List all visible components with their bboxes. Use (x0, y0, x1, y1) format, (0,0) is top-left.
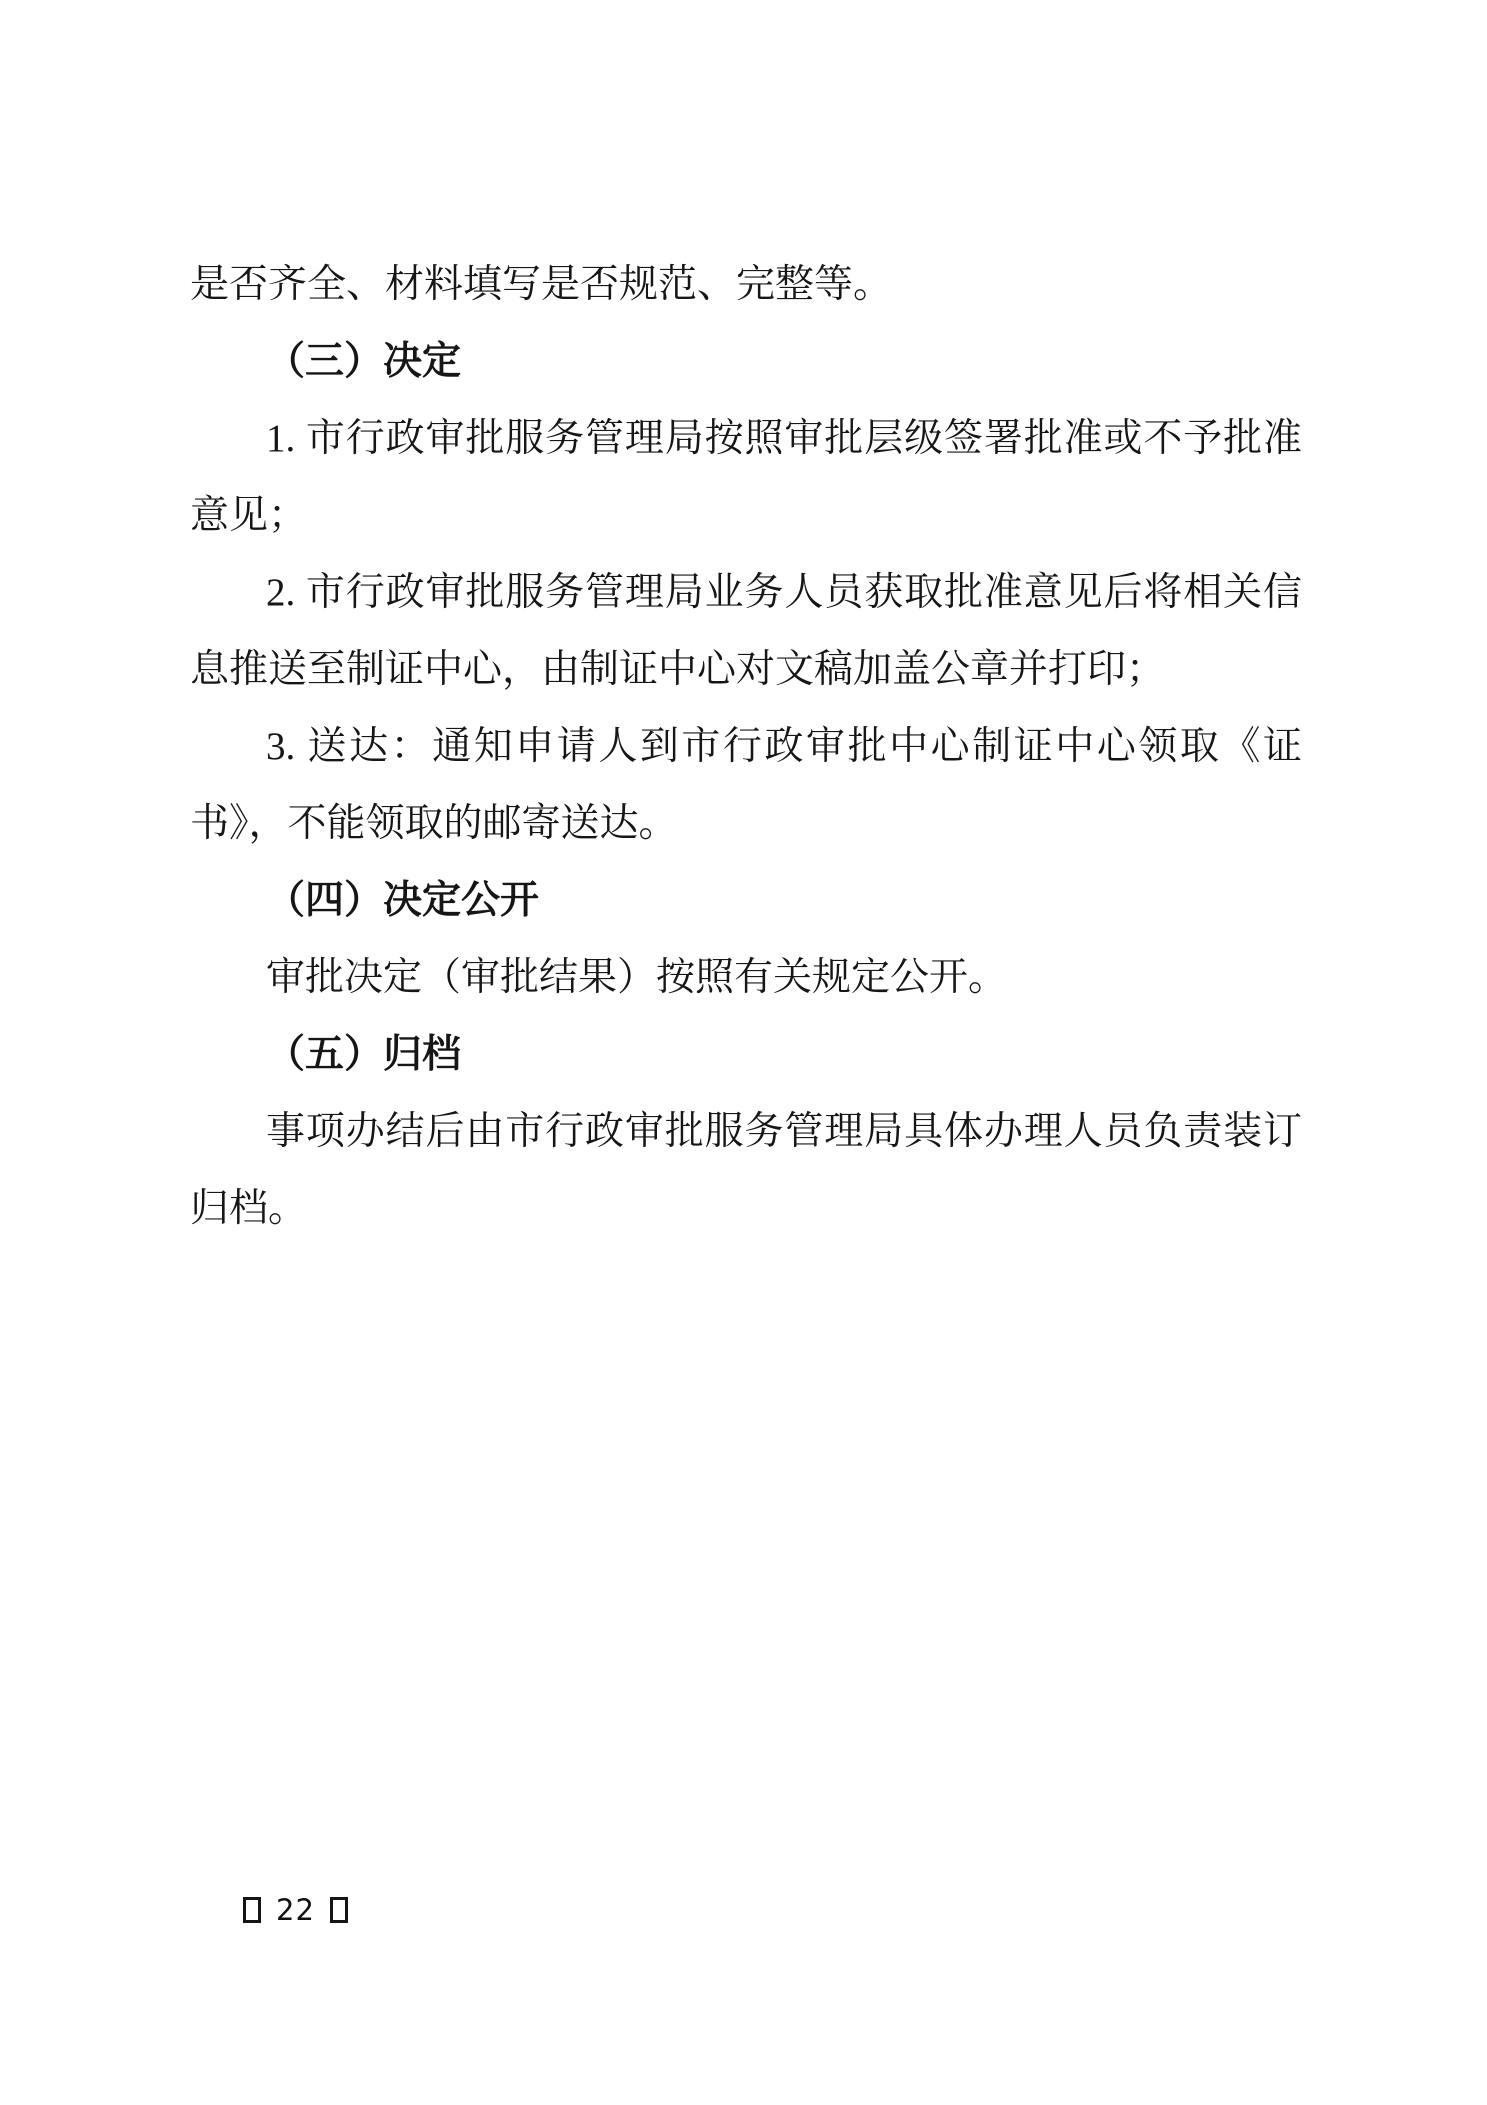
document-page: 是否齐全、材料填写是否规范、完整等。（三）决定1. 市行政审批服务管理局按照审批… (0, 0, 1487, 2105)
text-line: 书》，不能领取的邮寄送达。 (190, 785, 1302, 862)
section-heading: （三）决定 (190, 323, 1302, 400)
text-line: 息推送至制证中心，由制证中心对文稿加盖公章并打印； (190, 631, 1302, 708)
section-heading: （四）决定公开 (190, 862, 1302, 939)
text-line: 是否齐全、材料填写是否规范、完整等。 (190, 246, 1302, 323)
text-line: 3. 送达：通知申请人到市行政审批中心制证中心领取《证 (190, 708, 1302, 785)
text-line: 2. 市行政审批服务管理局业务人员获取批准意见后将相关信 (190, 554, 1302, 631)
section-heading: （五）归档 (190, 1016, 1302, 1093)
missing-glyph-box-icon (243, 1897, 261, 1923)
text-line: 事项办结后由市行政审批服务管理局具体办理人员负责装订 (190, 1093, 1302, 1170)
text-line: 意见； (190, 477, 1302, 554)
text-line: 1. 市行政审批服务管理局按照审批层级签署批准或不予批准 (190, 400, 1302, 477)
text-line: 审批决定（审批结果）按照有关规定公开。 (190, 939, 1302, 1016)
page-footer: 22 (243, 1892, 348, 1928)
document-body: 是否齐全、材料填写是否规范、完整等。（三）决定1. 市行政审批服务管理局按照审批… (190, 246, 1302, 1247)
text-line: 归档。 (190, 1170, 1302, 1247)
missing-glyph-box-icon (330, 1897, 348, 1923)
page-number: 22 (276, 1893, 315, 1927)
